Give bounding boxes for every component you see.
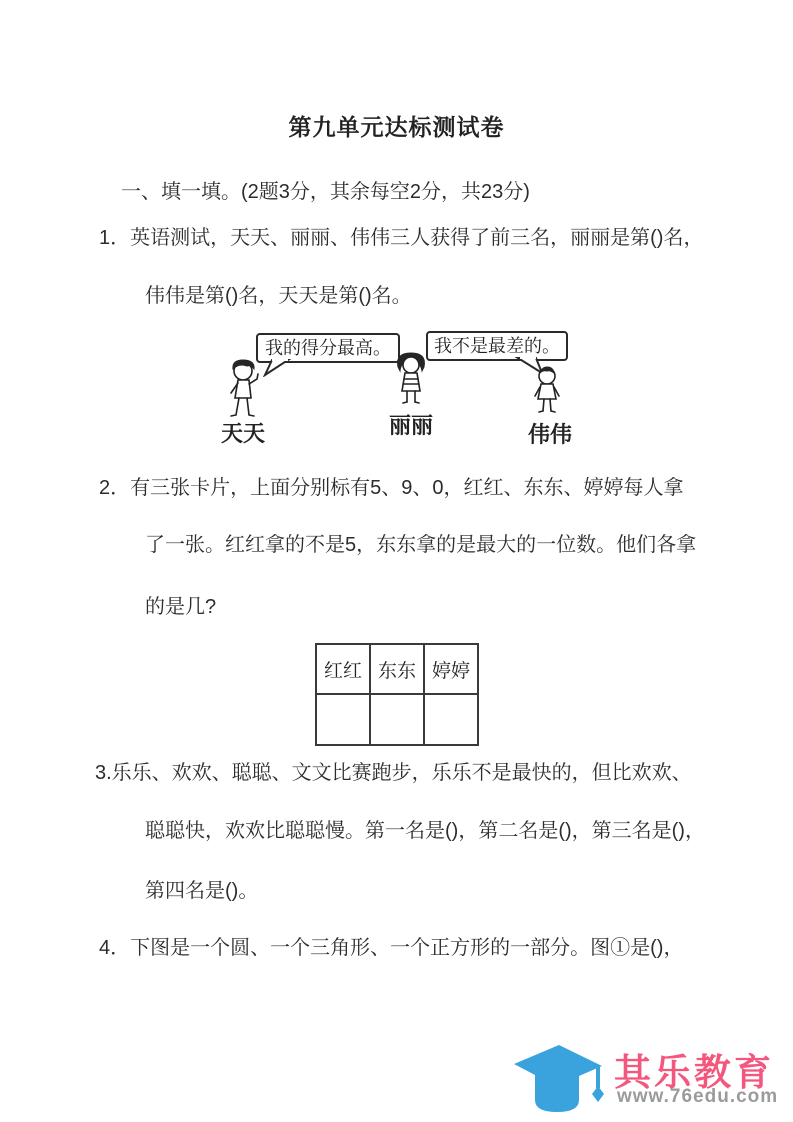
brand-url[interactable]: www.76edu.com [617, 1086, 778, 1108]
question-2-line-3: 的是几? [145, 596, 216, 619]
lili-figure [394, 351, 428, 409]
graduation-cap-icon [506, 1038, 608, 1118]
question-2-line-2: 了一张。红红拿的不是5，东东拿的是最大的一位数。他们各拿 [145, 534, 696, 557]
test-paper-page: 第九单元达标测试卷 一、填一填。(2题3分，其余每空2分，共23分) 1．英语测… [0, 0, 793, 1122]
question-1-line-1: 1．英语测试，天天、丽丽、伟伟三人获得了前三名，丽丽是第()名， [99, 227, 703, 250]
answer-table-blank-row [316, 694, 478, 745]
question-3-line-1: 3.乐乐、欢欢、聪聪、文文比赛跑步，乐乐不是最快的，但比欢欢、 [95, 762, 692, 785]
answer-table-header-cell: 东东 [370, 644, 424, 694]
weiwei-figure [529, 365, 565, 417]
tiantian-figure [222, 357, 268, 419]
answer-table-header-cell: 婷婷 [424, 644, 478, 694]
question-3-line-3: 第四名是()。 [145, 880, 258, 903]
name-label-tiantian: 天天 [214, 417, 272, 448]
name-label-lili: 丽丽 [383, 409, 439, 440]
question-3-line-2: 聪聪快，欢欢比聪聪慢。第一名是()，第二名是()，第三名是()， [145, 820, 705, 843]
answer-table: 红红 东东 婷婷 [315, 643, 479, 746]
question-4-line-1: 4．下图是一个圆、一个三角形、一个正方形的一部分。图①是()， [99, 937, 683, 960]
section-heading: 一、填一填。(2题3分，其余每空2分，共23分) [121, 175, 530, 204]
page-title: 第九单元达标测试卷 [0, 109, 793, 142]
answer-table-blank-cell[interactable] [424, 694, 478, 745]
question-2-line-1: 2．有三张卡片，上面分别标有5、9、0，红红、东东、婷婷每人拿 [99, 477, 684, 500]
answer-table-blank-cell[interactable] [316, 694, 370, 745]
answer-table-header-row: 红红 东东 婷婷 [316, 644, 478, 694]
answer-table-header-cell: 红红 [316, 644, 370, 694]
name-label-weiwei: 伟伟 [522, 418, 578, 449]
speech-bubble-weiwei: 我不是最差的。 [426, 331, 568, 361]
answer-table-blank-cell[interactable] [370, 694, 424, 745]
question-1-line-2: 伟伟是第()名，天天是第()名。 [145, 285, 412, 308]
